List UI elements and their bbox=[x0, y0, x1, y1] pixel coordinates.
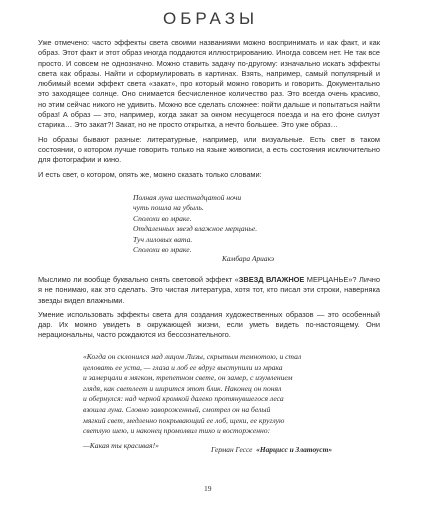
poem-line: чуть пошла на убыль. bbox=[133, 203, 257, 213]
poem-line: Туч лиловых вата. bbox=[133, 235, 257, 245]
poem-line: Сполохи во мраке. bbox=[133, 214, 257, 224]
quote-work: «Нарцисс и Златоуст» bbox=[256, 445, 332, 454]
middle-text: Мыслимо ли вообще буквально снять светов… bbox=[38, 275, 380, 345]
poem-author: Камбара Ариакэ bbox=[222, 254, 274, 263]
quote-line: и замерцали в мягком, трепетном свете, о… bbox=[83, 373, 328, 384]
paragraph-skill: Умение использовать эффекты света для со… bbox=[38, 310, 380, 341]
emphasis-text: ЗВЕЗД ВЛАЖНОЕ bbox=[239, 275, 305, 284]
quote-line: «Когда он склонился над лицом Лизы, скры… bbox=[83, 352, 328, 363]
paragraph-words: И есть свет, о котором, опять же, можно … bbox=[38, 170, 380, 180]
poem-line: Отдаленных звезд влажное мерцанье. bbox=[133, 224, 257, 234]
quote-attribution: Герман Гессе «Нарцисс и Златоуст» bbox=[211, 445, 332, 454]
quote-line: взошла луна. Словно завороженный, смотре… bbox=[83, 405, 328, 416]
quote-author: Герман Гессе bbox=[211, 445, 252, 454]
intro-text: Уже отмечено: часто эффекты света своими… bbox=[38, 38, 380, 184]
text-fragment: Мыслимо ли вообще буквально снять светов… bbox=[38, 275, 239, 284]
poem-line: Полная луна шестнадцатой ночи bbox=[133, 193, 257, 203]
quote-block: «Когда он склонился над лицом Лизы, скры… bbox=[83, 352, 328, 451]
quote-line: глядя, как светлеет и ширится этот блик.… bbox=[83, 384, 328, 395]
poem: Полная луна шестнадцатой ночи чуть пошла… bbox=[133, 193, 257, 255]
quote-line: и обернулся: над черной кромкой далеко п… bbox=[83, 394, 328, 405]
page-title: ОБРАЗЫ bbox=[0, 9, 421, 29]
paragraph-stars: Мыслимо ли вообще буквально снять светов… bbox=[38, 275, 380, 306]
quote-line: целовать ее уста, — глаза и лоб ее вдруг… bbox=[83, 363, 328, 374]
quote-line: светлую шею, и наконец промолвил тихо и … bbox=[83, 426, 328, 437]
quote-line: мягкий свет, медленно покрывающий ее лоб… bbox=[83, 416, 328, 427]
paragraph-intro: Уже отмечено: часто эффекты света своими… bbox=[38, 38, 380, 131]
page-number: 19 bbox=[204, 484, 212, 493]
paragraph-kinds: Но образы бывают разные: литературные, н… bbox=[38, 135, 380, 166]
